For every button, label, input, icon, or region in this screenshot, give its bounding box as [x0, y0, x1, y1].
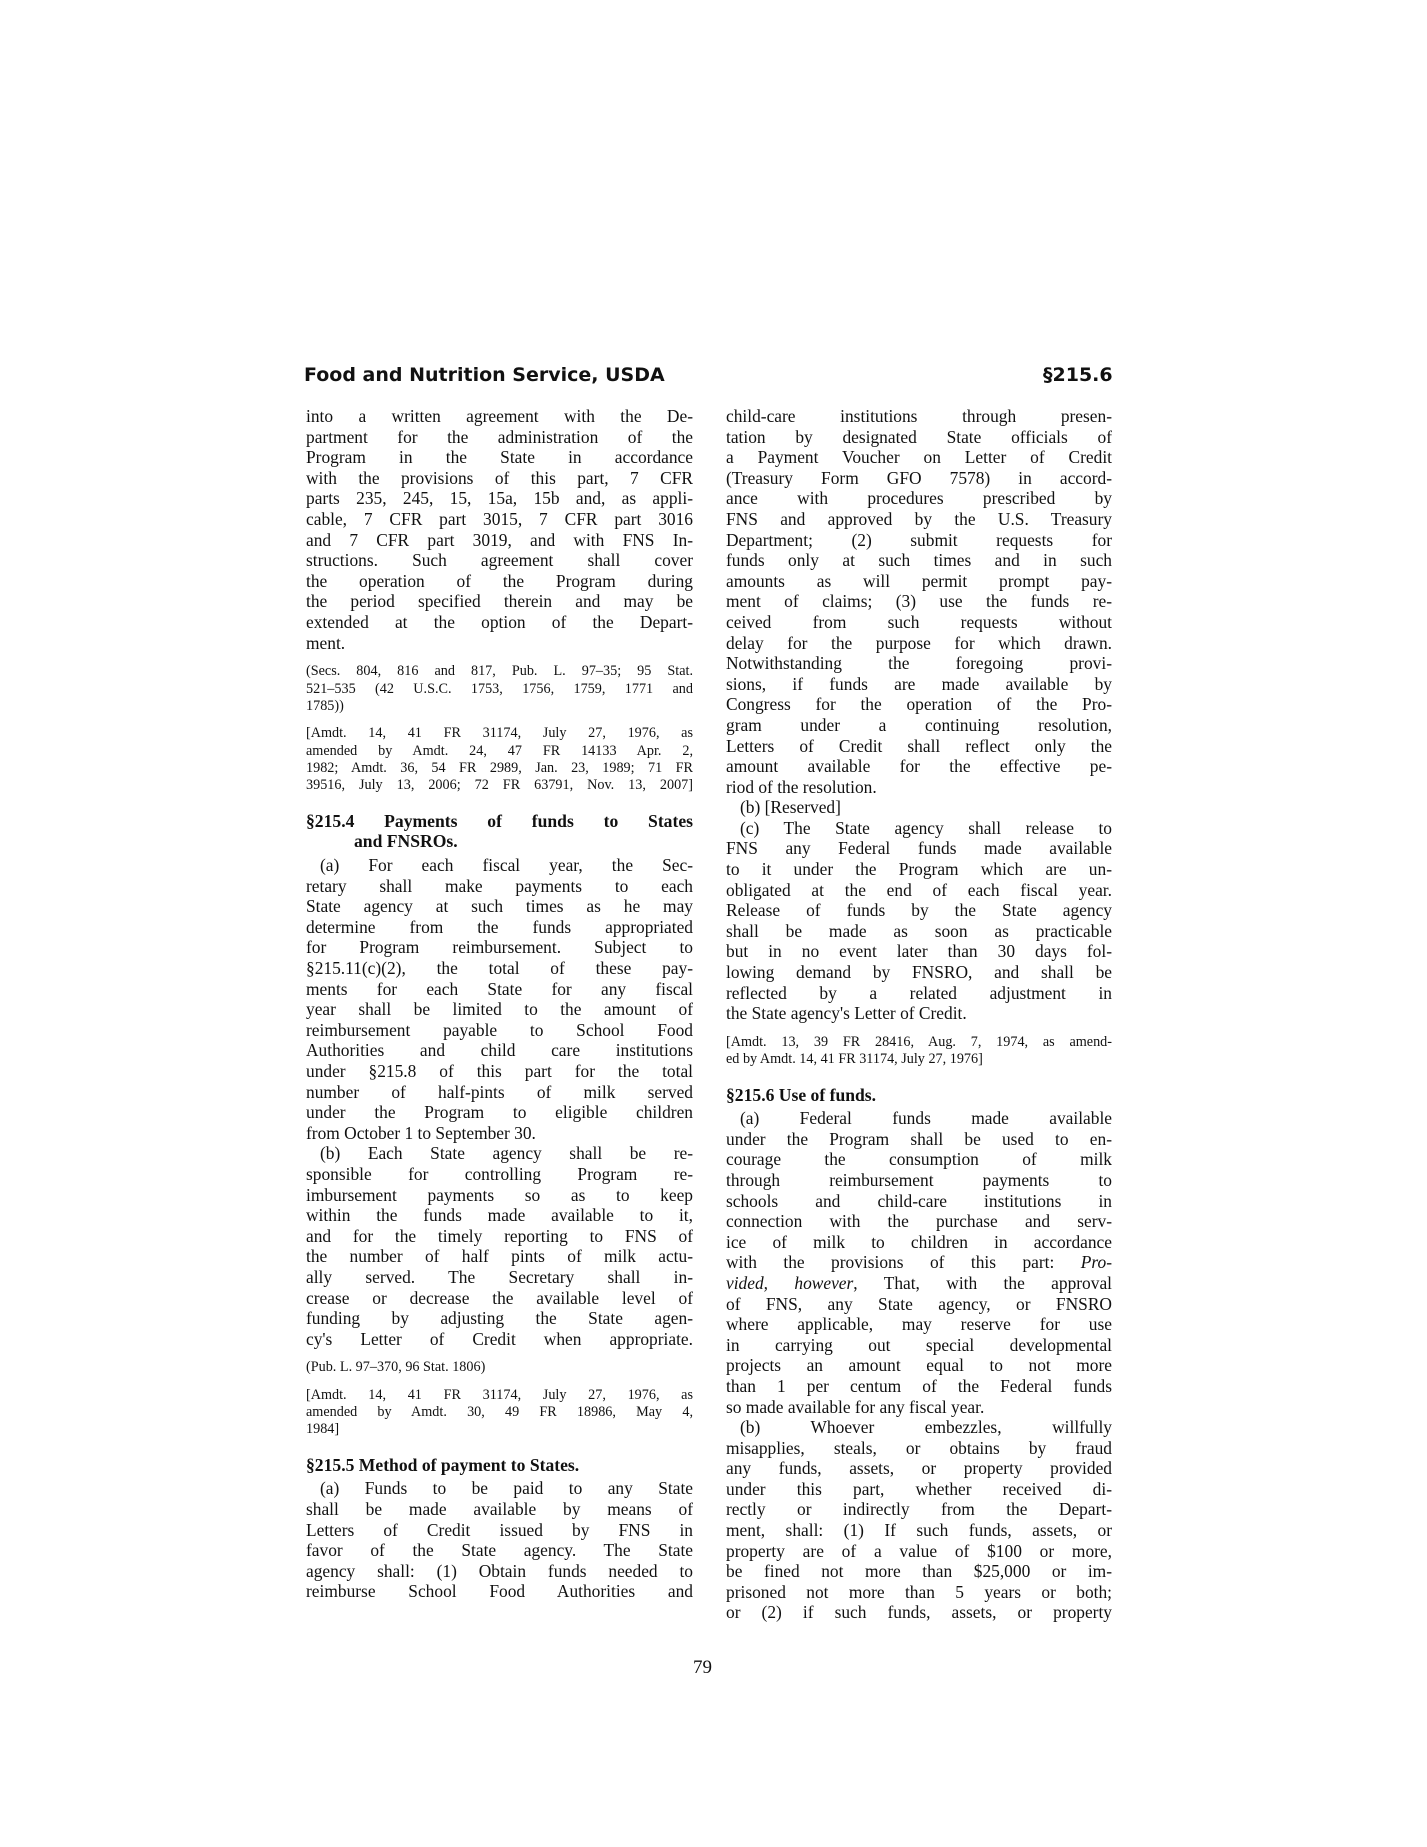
left-column: into a written agreement with the De- pa… [306, 406, 693, 1602]
text-line: 521–535 (42 U.S.C. 1753, 1756, 1759, 177… [306, 681, 693, 698]
heading-line: and FNSROs. [306, 831, 693, 852]
text-line: ally served. The Secretary shall in- [306, 1267, 693, 1288]
text-line: into a written agreement with the De- [306, 406, 693, 427]
text-line: the operation of the Program during [306, 571, 693, 592]
text-line: than 1 per centum of the Federal funds [726, 1376, 1112, 1397]
text-line: projects an amount equal to not more [726, 1355, 1112, 1376]
text-line: [Amdt. 14, 41 FR 31174, July 27, 1976, a… [306, 725, 693, 742]
text-line: (c) The State agency shall release to [726, 818, 1112, 839]
text-line: FNS any Federal funds made available [726, 838, 1112, 859]
text-line: (Pub. L. 97–370, 96 Stat. 1806) [306, 1359, 693, 1376]
italic-text: Pro- [1081, 1252, 1112, 1272]
text-line: shall be made as soon as practicable [726, 921, 1112, 942]
text-line: §215.11(c)(2), the total of these pay- [306, 958, 693, 979]
text-line: Authorities and child care institutions [306, 1040, 693, 1061]
text-line: amount available for the effective pe- [726, 756, 1112, 777]
text-line: (a) Funds to be paid to any State [306, 1478, 693, 1499]
text-line: delay for the purpose for which drawn. [726, 633, 1112, 654]
text-line: reimburse School Food Authorities and [306, 1581, 693, 1602]
text-line: favor of the State agency. The State [306, 1540, 693, 1561]
text-line: Release of funds by the State agency [726, 900, 1112, 921]
text-line: 39516, July 13, 2006; 72 FR 63791, Nov. … [306, 777, 693, 794]
text-line: extended at the option of the Depart- [306, 612, 693, 633]
paragraph-215-6-a: (a) Federal funds made available under t… [726, 1108, 1112, 1417]
text-line: be fined not more than $25,000 or im- [726, 1561, 1112, 1582]
text-line: funds only at such times and in such [726, 550, 1112, 571]
text-line: determine from the funds appropriated [306, 917, 693, 938]
text-line: riod of the resolution. [726, 777, 1112, 798]
paragraph-215-4-a: (a) For each fiscal year, the Sec- retar… [306, 855, 693, 1143]
text-line: Notwithstanding the foregoing provi- [726, 653, 1112, 674]
text-line: FNS and approved by the U.S. Treasury [726, 509, 1112, 530]
text-line: the State agency's Letter of Credit. [726, 1003, 1112, 1024]
text-line: from October 1 to September 30. [306, 1123, 693, 1144]
paragraph-215-6-b: (b) Whoever embezzles, willfully misappl… [726, 1417, 1112, 1623]
italic-text: vided, however [726, 1273, 853, 1293]
text-line: reflected by a related adjustment in [726, 983, 1112, 1004]
text-line: State agency at such times as he may [306, 896, 693, 917]
text-line: ments for each State for any fiscal [306, 979, 693, 1000]
text-line: vided, however, That, with the approval [726, 1273, 1112, 1294]
text-line: in carrying out special developmental [726, 1335, 1112, 1356]
text-line: parts 235, 245, 15, 15a, 15b and, as app… [306, 488, 693, 509]
authority-citation: (Pub. L. 97–370, 96 Stat. 1806) [306, 1359, 693, 1376]
text-line: but in no event later than 30 days fol- [726, 941, 1112, 962]
document-page: Food and Nutrition Service, USDA §215.6 … [0, 0, 1427, 1847]
text-line: or (2) if such funds, assets, or propert… [726, 1602, 1112, 1623]
text-line: year shall be limited to the amount of [306, 999, 693, 1020]
text-line: courage the consumption of milk [726, 1149, 1112, 1170]
text-line: Letters of Credit shall reflect only the [726, 736, 1112, 757]
text-line: lowing demand by FNSRO, and shall be [726, 962, 1112, 983]
text-line: any funds, assets, or property provided [726, 1458, 1112, 1479]
text-line: ment of claims; (3) use the funds re- [726, 591, 1112, 612]
text-line: ment. [306, 633, 693, 654]
text-line: connection with the purchase and serv- [726, 1211, 1112, 1232]
text-line: amended by Amdt. 24, 47 FR 14133 Apr. 2, [306, 743, 693, 760]
text-line: within the funds made available to it, [306, 1205, 693, 1226]
text-line: gram under a continuing resolution, [726, 715, 1112, 736]
text-line: (Secs. 804, 816 and 817, Pub. L. 97–35; … [306, 663, 693, 680]
text-line: [Amdt. 14, 41 FR 31174, July 27, 1976, a… [306, 1387, 693, 1404]
text-line: ment, shall: (1) If such funds, assets, … [726, 1520, 1112, 1541]
text-line: Congress for the operation of the Pro- [726, 694, 1112, 715]
text-line: of FNS, any State agency, or FNSRO [726, 1294, 1112, 1315]
text-line: for Program reimbursement. Subject to [306, 937, 693, 958]
text-line: reimbursement payable to School Food [306, 1020, 693, 1041]
paragraph-215-5-c: (c) The State agency shall release to FN… [726, 818, 1112, 1024]
running-head-section: §215.6 [1043, 364, 1113, 386]
section-heading-215-6: §215.6 Use of funds. [726, 1085, 1112, 1106]
heading-line: §215.5 Method of payment to States. [306, 1455, 693, 1476]
paragraph-continuation: into a written agreement with the De- pa… [306, 406, 693, 653]
text-line: the period specified therein and may be [306, 591, 693, 612]
text-line: ance with procedures prescribed by [726, 488, 1112, 509]
text-line: amounts as will permit prompt pay- [726, 571, 1112, 592]
text-line: 1785)) [306, 698, 693, 715]
text-line: under §215.8 of this part for the total [306, 1061, 693, 1082]
text-run: with the provisions of this part: [726, 1252, 1081, 1272]
text-line: sponsible for controlling Program re- [306, 1164, 693, 1185]
text-line: Department; (2) submit requests for [726, 530, 1112, 551]
source-citation: [Amdt. 14, 41 FR 31174, July 27, 1976, a… [306, 1387, 693, 1439]
paragraph-215-5-b: (b) [Reserved] [726, 797, 1112, 818]
text-line: child-care institutions through presen- [726, 406, 1112, 427]
text-line: [Amdt. 13, 39 FR 28416, Aug. 7, 1974, as… [726, 1034, 1112, 1051]
text-line: cy's Letter of Credit when appropriate. [306, 1329, 693, 1350]
text-line: (a) For each fiscal year, the Sec- [306, 855, 693, 876]
text-run: , That, with the approval [853, 1273, 1112, 1293]
text-line: with the provisions of this part, 7 CFR [306, 468, 693, 489]
text-line: with the provisions of this part: Pro- [726, 1252, 1112, 1273]
text-line: sions, if funds are made available by [726, 674, 1112, 695]
heading-line: §215.6 Use of funds. [726, 1085, 1112, 1106]
source-citation: [Amdt. 14, 41 FR 31174, July 27, 1976, a… [306, 725, 693, 795]
text-line: (b) [Reserved] [726, 797, 1112, 818]
text-line: 1984] [306, 1421, 693, 1438]
text-line: misapplies, steals, or obtains by fraud [726, 1438, 1112, 1459]
text-line: under this part, whether received di- [726, 1479, 1112, 1500]
text-line: where applicable, may reserve for use [726, 1314, 1112, 1335]
text-line: ed by Amdt. 14, 41 FR 31174, July 27, 19… [726, 1051, 1112, 1068]
text-line: through reimbursement payments to [726, 1170, 1112, 1191]
text-line: retary shall make payments to each [306, 876, 693, 897]
source-citation: [Amdt. 13, 39 FR 28416, Aug. 7, 1974, as… [726, 1034, 1112, 1069]
text-line: (a) Federal funds made available [726, 1108, 1112, 1129]
text-line: a Payment Voucher on Letter of Credit [726, 447, 1112, 468]
text-line: tation by designated State officials of [726, 427, 1112, 448]
text-line: under the Program to eligible children [306, 1102, 693, 1123]
right-column: child-care institutions through presen- … [726, 406, 1112, 1623]
text-line: partment for the administration of the [306, 427, 693, 448]
text-line: to it under the Program which are un- [726, 859, 1112, 880]
text-line: prisoned not more than 5 years or both; [726, 1582, 1112, 1603]
authority-citation: (Secs. 804, 816 and 817, Pub. L. 97–35; … [306, 663, 693, 715]
text-line: (b) Whoever embezzles, willfully [726, 1417, 1112, 1438]
text-line: the number of half pints of milk actu- [306, 1246, 693, 1267]
paragraph-continuation: child-care institutions through presen- … [726, 406, 1112, 797]
text-line: cable, 7 CFR part 3015, 7 CFR part 3016 [306, 509, 693, 530]
section-heading-215-4: §215.4 Payments of funds to States and F… [306, 811, 693, 852]
text-line: funding by adjusting the State agen- [306, 1308, 693, 1329]
text-line: (b) Each State agency shall be re- [306, 1143, 693, 1164]
text-line: (Treasury Form GFO 7578) in accord- [726, 468, 1112, 489]
text-line: crease or decrease the available level o… [306, 1288, 693, 1309]
text-line: property are of a value of $100 or more, [726, 1541, 1112, 1562]
page-number: 79 [693, 1657, 712, 1679]
text-line: so made available for any fiscal year. [726, 1397, 1112, 1418]
text-line: imbursement payments so as to keep [306, 1185, 693, 1206]
running-head-agency: Food and Nutrition Service, USDA [304, 364, 665, 386]
text-line: agency shall: (1) Obtain funds needed to [306, 1561, 693, 1582]
text-line: rectly or indirectly from the Depart- [726, 1499, 1112, 1520]
text-line: obligated at the end of each fiscal year… [726, 880, 1112, 901]
text-line: 1982; Amdt. 36, 54 FR 2989, Jan. 23, 198… [306, 760, 693, 777]
text-line: under the Program shall be used to en- [726, 1129, 1112, 1150]
text-line: shall be made available by means of [306, 1499, 693, 1520]
text-line: structions. Such agreement shall cover [306, 550, 693, 571]
text-line: and 7 CFR part 3019, and with FNS In- [306, 530, 693, 551]
text-line: amended by Amdt. 30, 49 FR 18986, May 4, [306, 1404, 693, 1421]
paragraph-215-4-b: (b) Each State agency shall be re- spons… [306, 1143, 693, 1349]
text-line: number of half-pints of milk served [306, 1082, 693, 1103]
text-line: ceived from such requests without [726, 612, 1112, 633]
text-line: Letters of Credit issued by FNS in [306, 1520, 693, 1541]
text-line: Program in the State in accordance [306, 447, 693, 468]
text-line: ice of milk to children in accordance [726, 1232, 1112, 1253]
paragraph-215-5-a: (a) Funds to be paid to any State shall … [306, 1478, 693, 1602]
text-line: and for the timely reporting to FNS of [306, 1226, 693, 1247]
text-line: schools and child-care institutions in [726, 1191, 1112, 1212]
heading-line: §215.4 Payments of funds to States [306, 811, 693, 832]
section-heading-215-5: §215.5 Method of payment to States. [306, 1455, 693, 1476]
